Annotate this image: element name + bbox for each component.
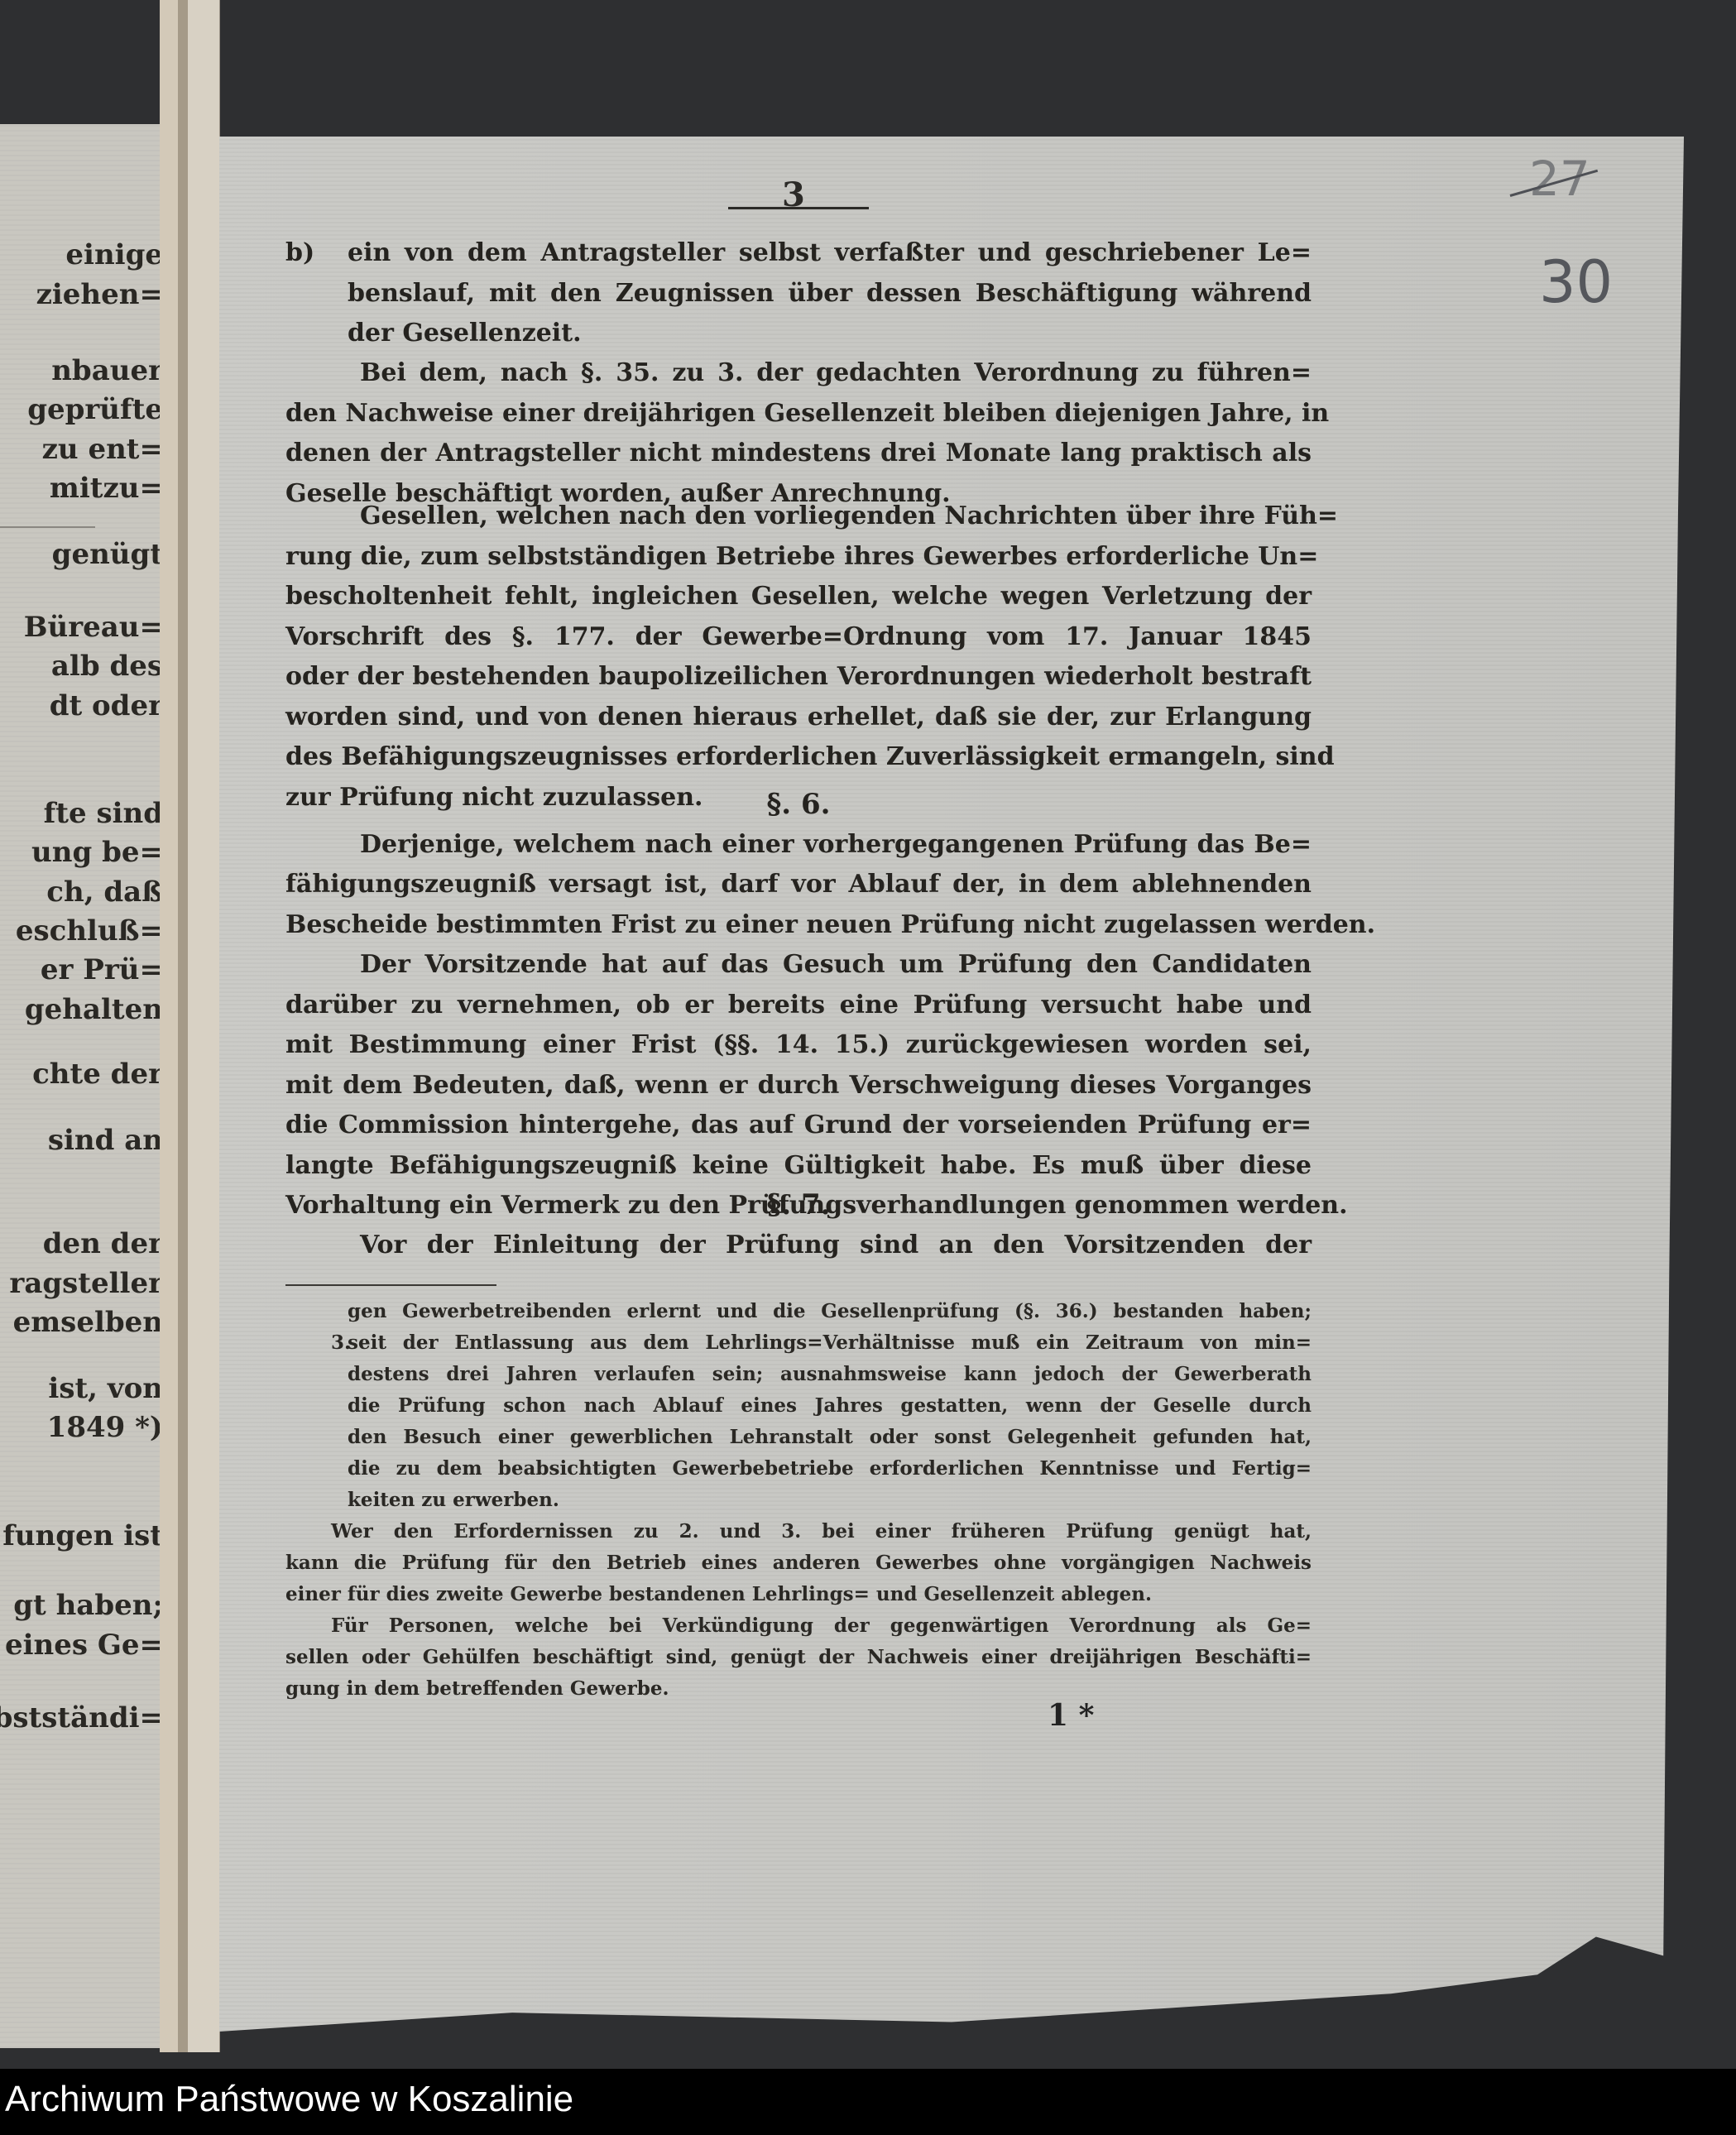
book-spine: [160, 0, 178, 2052]
handwritten-folio-number: 30: [1539, 248, 1613, 316]
section-heading: §. 7.: [285, 1185, 1312, 1226]
footnote-line: keiten zu erwerben.: [285, 1485, 1312, 1516]
text-line: mit Bestimmung einer Frist (§§. 14. 15.)…: [285, 1025, 1312, 1066]
left-page-fragment: den der: [43, 1227, 163, 1260]
text-line: Vorschrift des §. 177. der Gewerbe=Ordnu…: [285, 617, 1312, 658]
footnote-rule: [285, 1284, 496, 1286]
left-page-fragment: ch, daß: [46, 876, 163, 909]
footnote-line: Für Personen, welche bei Verkündigung de…: [285, 1610, 1312, 1642]
left-page-fragment: mitzu=: [50, 472, 163, 505]
text-line: bescholtenheit fehlt, ingleichen Geselle…: [285, 577, 1312, 617]
left-page-fragment: geprüfte: [27, 393, 163, 426]
footnote-line: die Prüfung schon nach Ablauf eines Jahr…: [285, 1390, 1312, 1422]
left-page-rule: [0, 526, 95, 528]
left-page-fragment: gehalten: [25, 993, 163, 1026]
footnote-line: Wer den Erfordernissen zu 2. und 3. bei …: [285, 1516, 1312, 1547]
text-line: benslauf, mit den Zeugnissen über dessen…: [285, 274, 1312, 314]
text-line: Bei dem, nach §. 35. zu 3. der gedachten…: [285, 353, 1312, 394]
text-line: fähigungszeugniß versagt ist, darf vor A…: [285, 865, 1312, 905]
handwritten-old-folio: 27: [1529, 151, 1590, 207]
item-marker: b): [285, 233, 314, 274]
text-line: die Commission hintergehe, das auf Grund…: [285, 1106, 1312, 1146]
text-line: worden sind, und von denen hieraus erhel…: [285, 698, 1312, 738]
text-line: darüber zu vernehmen, ob er bereits eine…: [285, 986, 1312, 1026]
text-line: Gesellen, welchen nach den vorliegenden …: [285, 497, 1312, 537]
footnote-line: gung in dem betreffenden Gewerbe.: [285, 1673, 1312, 1705]
text-line: oder der bestehenden baupolizeilichen Ve…: [285, 657, 1312, 698]
book-spine-edge: [188, 0, 220, 2052]
left-page-fragment: zu ent=: [42, 433, 163, 466]
text-line: Der Vorsitzende hat auf das Gesuch um Pr…: [285, 945, 1312, 986]
left-page-fragment: ung be=: [31, 836, 163, 869]
left-page-fragment: ziehen=: [36, 278, 163, 311]
left-page-fragment: alb des: [51, 650, 163, 683]
left-page-fragment: Büreau=: [24, 611, 163, 644]
left-page-fragment: er Prü=: [41, 953, 163, 986]
left-page-fragment: chte der: [32, 1058, 163, 1091]
section-heading: §. 6.: [285, 784, 1312, 825]
section-7: §. 7. Vor der Einleitung der Prüfung sin…: [285, 1185, 1312, 1265]
text-line: der Gesellenzeit.: [285, 314, 1312, 354]
text-line: ein von dem Antragsteller selbst verfaßt…: [285, 233, 1312, 274]
left-page-fragment: fungen ist: [2, 1519, 163, 1552]
text-line: Vor der Einleitung der Prüfung sind an d…: [285, 1226, 1312, 1266]
footnote-line: seit der Entlassung aus dem Lehrlings=Ve…: [285, 1327, 1312, 1359]
paragraph-gesellen: Gesellen, welchen nach den vorliegenden …: [285, 497, 1312, 818]
left-page-fragment: sind an: [48, 1124, 163, 1157]
footnotes: gen Gewerbetreibenden erlernt und die Ge…: [285, 1296, 1312, 1705]
item-b: b) ein von dem Antragsteller selbst verf…: [285, 233, 1312, 354]
archive-credit: Archiwum Państwowe w Koszalinie: [5, 2079, 573, 2120]
left-page-fragment: gt haben;: [13, 1589, 163, 1622]
text-line: rung die, zum selbstständigen Betriebe i…: [285, 537, 1312, 578]
footnote-line: gen Gewerbetreibenden erlernt und die Ge…: [285, 1296, 1312, 1327]
left-page-fragment: genügt: [52, 538, 163, 571]
footnote-line: den Besuch einer gewerblichen Lehranstal…: [285, 1422, 1312, 1453]
left-facing-page: einigeziehen=nbauergeprüftezu ent=mitzu=…: [0, 124, 178, 2048]
left-page-fragment: fte sind: [44, 797, 163, 830]
footnote-item-marker: 3.: [331, 1327, 351, 1359]
footnote-line: sellen oder Gehülfen beschäftigt sind, g…: [285, 1642, 1312, 1673]
left-page-fragment: nbauer: [51, 354, 163, 387]
paragraph-nachweis: Bei dem, nach §. 35. zu 3. der gedachten…: [285, 353, 1312, 514]
text-line: Derjenige, welchem nach einer vorhergega…: [285, 825, 1312, 866]
left-page-fragment: ist, von: [48, 1372, 163, 1405]
left-page-fragment: eines Ge=: [5, 1629, 163, 1662]
footnote-line: destens drei Jahren verlaufen sein; ausn…: [285, 1359, 1312, 1390]
text-line: langte Befähigungszeugniß keine Gültigke…: [285, 1146, 1312, 1187]
text-line: des Befähigungszeugnisses erforderlichen…: [285, 737, 1312, 778]
signature-mark: 1 *: [1048, 1698, 1094, 1733]
footnote-line: die zu dem beabsichtigten Gewerbebetrieb…: [285, 1453, 1312, 1485]
footnote-line: einer für dies zweite Gewerbe bestandene…: [285, 1579, 1312, 1610]
left-page-fragment: selbstständi=: [0, 1701, 163, 1734]
book-spine-gutter: [178, 0, 188, 2052]
left-page-fragment: emselben: [13, 1306, 163, 1339]
left-page-fragment: einige: [65, 238, 163, 271]
left-page-fragment: 1849 *): [47, 1411, 163, 1444]
text-line: Bescheide bestimmten Frist zu einer neue…: [285, 905, 1312, 946]
left-page-fragment: ragsteller: [9, 1267, 163, 1300]
footnote-line: kann die Prüfung für den Betrieb eines a…: [285, 1547, 1312, 1579]
left-page-fragment: eschluß=: [16, 914, 163, 948]
footnote-item-3: 3. seit der Entlassung aus dem Lehrlings…: [285, 1327, 1312, 1516]
left-page-fragment: dt oder: [50, 689, 163, 722]
section-6: §. 6. Derjenige, welchem nach einer vorh…: [285, 784, 1312, 1226]
header-rule: [728, 207, 869, 209]
text-line: den Nachweise einer dreijährigen Geselle…: [285, 394, 1312, 434]
text-line: denen der Antragsteller nicht mindestens…: [285, 434, 1312, 474]
text-line: mit dem Bedeuten, daß, wenn er durch Ver…: [285, 1066, 1312, 1106]
